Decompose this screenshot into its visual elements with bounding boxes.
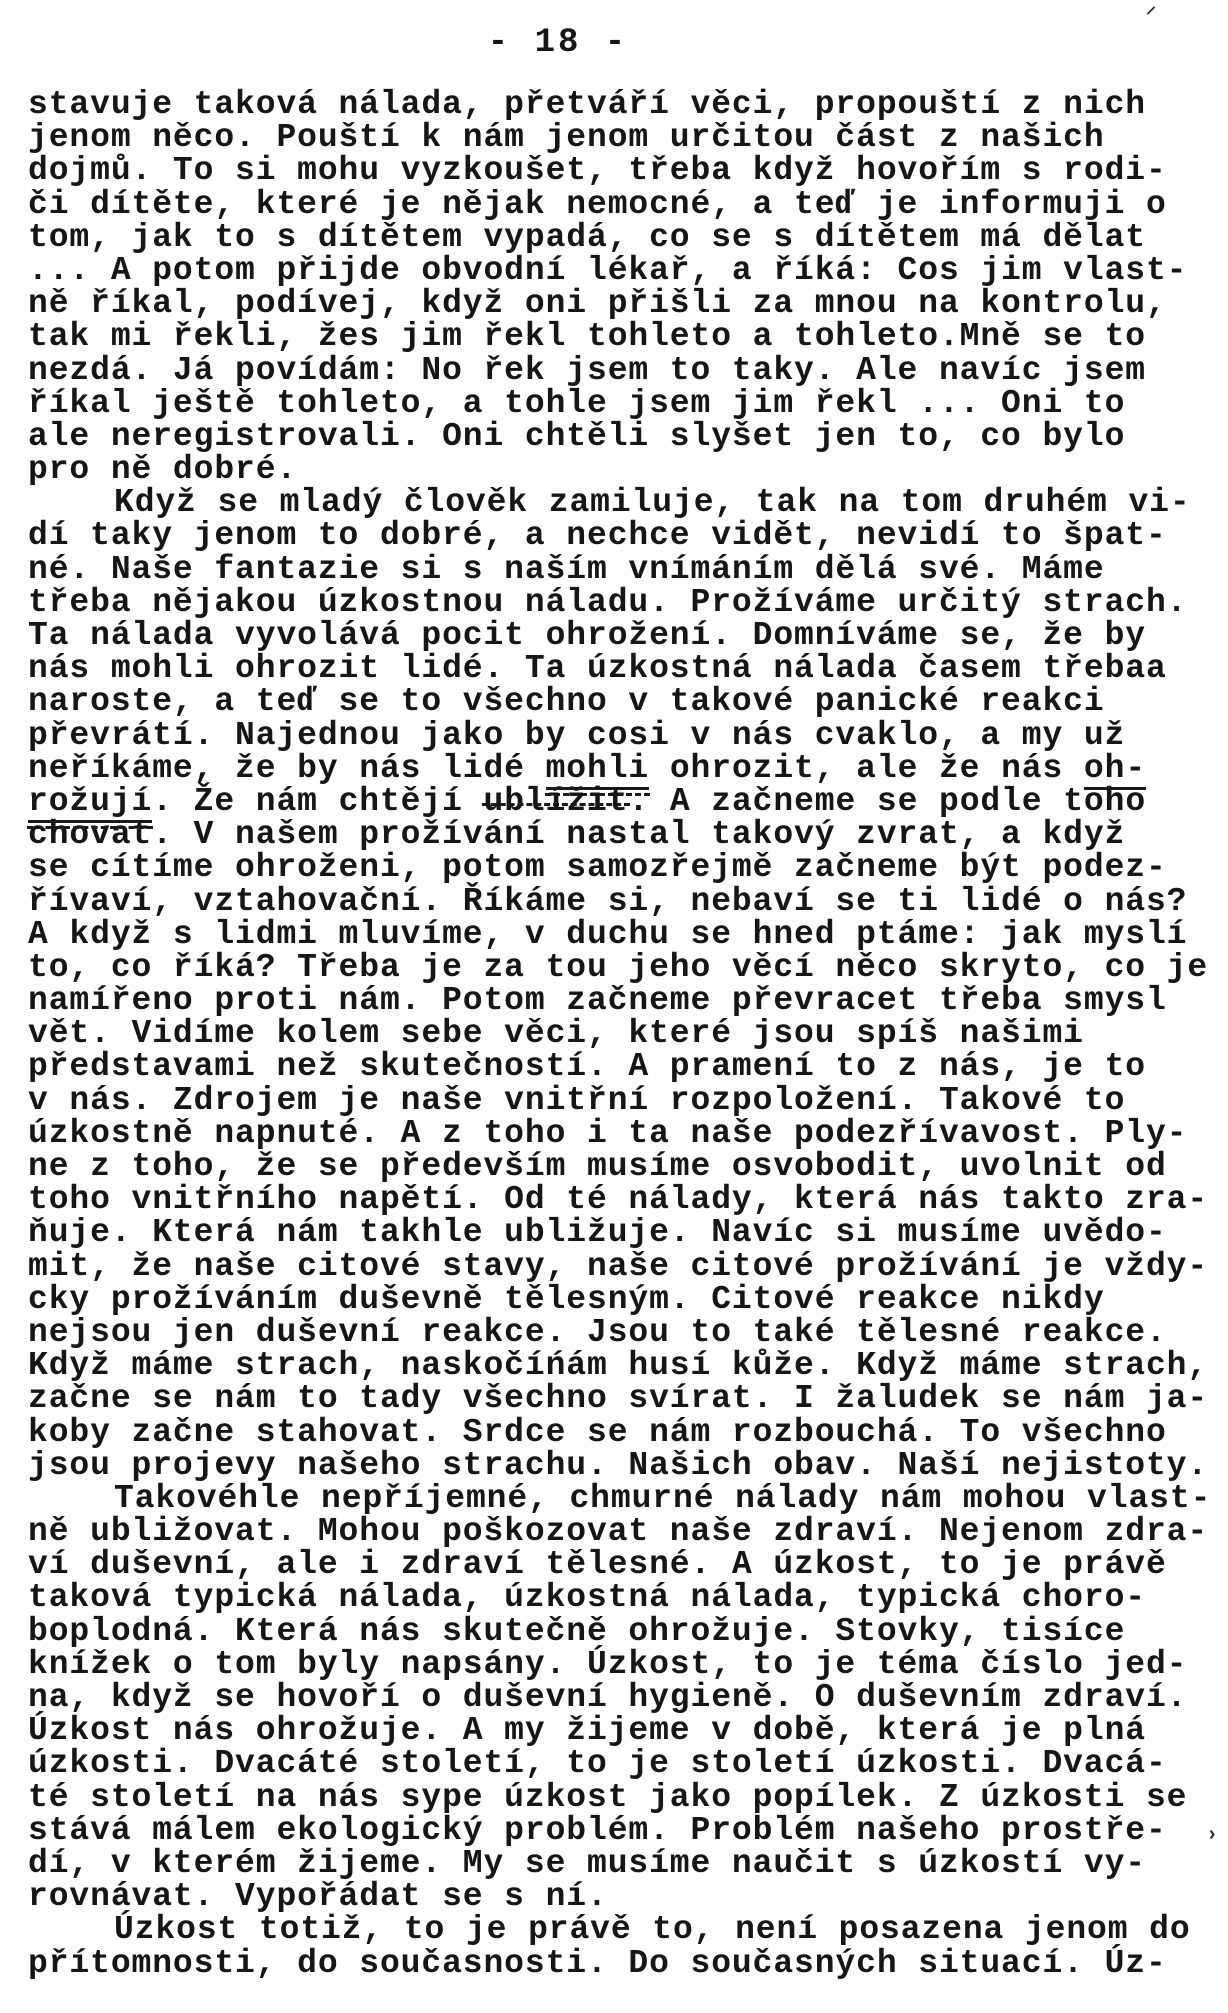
text-run: stává málem ekologický problém. Problém … — [28, 1812, 1167, 1849]
document-text: stavuje taková nálada, přetváří věci, pr… — [28, 88, 1218, 1980]
text-line: ne z toho, že se především musíme osvobo… — [28, 1150, 1218, 1183]
text-run: přítomnosti, do současnosti. Do současný… — [28, 1945, 1167, 1982]
text-line: mit, že naše citové stavy, naše citové p… — [28, 1250, 1218, 1283]
text-run: naroste, a teď se to všechno v takové pa… — [28, 683, 1105, 720]
text-line: Když se mladý člověk zamiluje, tak na to… — [28, 486, 1218, 519]
text-run: ale neregistrovali. Oni chtěli slyšet je… — [28, 418, 1125, 455]
text-run: koby začne stahovat. Srdce se nám rozbou… — [28, 1414, 1167, 1451]
text-line: ně ubližovat. Mohou poškozovat naše zdra… — [28, 1515, 1218, 1548]
struck-text: ublížit — [484, 783, 629, 820]
text-line: neříkáme, že by nás lidé mohli ohrozit, … — [28, 752, 1218, 785]
text-run: jenom něco. Pouští k nám jenom určitou č… — [28, 119, 1105, 156]
text-line: boplodná. Která nás skutečně ohrožuje. S… — [28, 1615, 1218, 1648]
document-page: - 18 - stavuje taková nálada, přetváří v… — [0, 0, 1228, 2013]
text-run: či dítěte, které je nějak nemocné, a teď… — [28, 186, 1167, 223]
text-line: stává málem ekologický problém. Problém … — [28, 1814, 1218, 1847]
text-line: tom, jak to s dítětem vypadá, co se s dí… — [28, 221, 1218, 254]
text-line: úzkostně napnuté. A z toho i ta naše pod… — [28, 1117, 1218, 1150]
text-line: převrátí. Najednou jako by cosi v nás cv… — [28, 719, 1218, 752]
text-run: ví duševní, ale i zdraví tělesné. A úzko… — [28, 1546, 1167, 1583]
text-line: Takovéhle nepříjemné, chmurné nálady nám… — [28, 1482, 1218, 1515]
text-run: A když s lidmi mluvíme, v duchu se hned … — [28, 916, 1187, 953]
text-run: Úzkost totiž, to je právě to, není posaz… — [114, 1911, 1191, 1948]
text-run: dí taky jenom to dobré, a nechce vidět, … — [28, 517, 1167, 554]
text-line: dí, v kterém žijeme. My se musíme naučit… — [28, 1847, 1218, 1880]
text-line: ... A potom přijde obvodní lékař, a říká… — [28, 254, 1218, 287]
text-run: představami než skutečností. A pramení t… — [28, 1048, 1146, 1085]
text-run: ... A potom přijde obvodní lékař, a říká… — [28, 252, 1187, 289]
text-run: boplodná. Která nás skutečně ohrožuje. S… — [28, 1613, 1125, 1650]
text-line: té století na nás sype úzkost jako popíl… — [28, 1781, 1218, 1814]
text-line: nejsou jen duševní reakce. Jsou to také … — [28, 1316, 1218, 1349]
text-run: cky prožíváním duševně tělesným. Citové … — [28, 1281, 1105, 1318]
text-run: nezdá. Já povídám: No řek jsem to taky. … — [28, 352, 1146, 389]
text-line: se cítíme ohroženi, potom samozřejmě zač… — [28, 851, 1218, 884]
text-run: začne se nám to tady všechno svírat. I ž… — [28, 1380, 1208, 1417]
text-line: říkal ještě tohleto, a tohle jsem jim ře… — [28, 387, 1218, 420]
text-line: ví duševní, ale i zdraví tělesné. A úzko… — [28, 1548, 1218, 1581]
text-line: toho vnitřního napětí. Od té nálady, kte… — [28, 1183, 1218, 1216]
text-line: jsou projevy našeho strachu. Našich obav… — [28, 1449, 1218, 1482]
text-line: rožují. Že nám chtějí ublížit. A začneme… — [28, 785, 1218, 818]
text-line: Úzkost totiž, to je právě to, není posaz… — [28, 1913, 1218, 1946]
text-line: A když s lidmi mluvíme, v duchu se hned … — [28, 918, 1218, 951]
text-line: úzkosti. Dvacáté století, to je století … — [28, 1747, 1218, 1780]
text-line: nezdá. Já povídám: No řek jsem to taky. … — [28, 354, 1218, 387]
text-run: mit, že naše citové stavy, naše citové p… — [28, 1248, 1208, 1285]
text-line: ňuje. Která nám takhle ubližuje. Navíc s… — [28, 1216, 1218, 1249]
text-run: ne z toho, že se především musíme osvobo… — [28, 1148, 1167, 1185]
text-line: začne se nám to tady všechno svírat. I ž… — [28, 1382, 1218, 1415]
text-run: ňuje. Která nám takhle ubližuje. Navíc s… — [28, 1214, 1167, 1251]
text-line: přítomnosti, do současnosti. Do současný… — [28, 1947, 1218, 1980]
text-run: pro ně dobré. — [28, 451, 297, 488]
text-run: ohrozit, ale že nás — [649, 750, 1084, 787]
text-run: knížek o tom byly napsány. Úzkost, to je… — [28, 1646, 1187, 1683]
text-line: knížek o tom byly napsány. Úzkost, to je… — [28, 1648, 1218, 1681]
text-run: stavuje taková nálada, přetváří věci, pr… — [28, 86, 1146, 123]
page-number: - 18 - — [0, 24, 1116, 62]
text-line: či dítěte, které je nějak nemocné, a teď… — [28, 188, 1218, 221]
text-line: vět. Vidíme kolem sebe věci, které jsou … — [28, 1017, 1218, 1050]
text-run: toho vnitřního napětí. Od té nálady, kte… — [28, 1181, 1208, 1218]
text-run: nás mohli ohrozit lidé. Ta úzkostná nála… — [28, 650, 1167, 687]
text-line: ale neregistrovali. Oni chtěli slyšet je… — [28, 420, 1218, 453]
text-line: dí taky jenom to dobré, a nechce vidět, … — [28, 519, 1218, 552]
text-run: nejsou jen duševní reakce. Jsou to také … — [28, 1314, 1167, 1351]
text-line: to, co říká? Třeba je za tou jeho věcí n… — [28, 951, 1218, 984]
text-run: se cítíme ohroženi, potom samozřejmě zač… — [28, 849, 1167, 886]
underlined-text: rožují — [28, 783, 152, 823]
text-run: Když máme strach, naskočíńám husí kůže. … — [28, 1347, 1208, 1384]
text-line: naroste, a teď se to všechno v takové pa… — [28, 685, 1218, 718]
text-run: třeba nějakou úzkostnou náladu. Prožívám… — [28, 584, 1187, 621]
text-line: v nás. Zdrojem je naše vnitřní rozpolože… — [28, 1084, 1218, 1117]
text-run: neříkáme, že by nás lidé — [28, 750, 546, 787]
text-run: Když se mladý člověk zamiluje, tak na to… — [114, 484, 1191, 521]
text-line: třeba nějakou úzkostnou náladu. Prožívám… — [28, 586, 1218, 619]
text-run: úzkostně napnuté. A z toho i ta naše pod… — [28, 1115, 1187, 1152]
text-run: té století na nás sype úzkost jako popíl… — [28, 1779, 1187, 1816]
text-line: na, když se hovoří o duševní hygieně. O … — [28, 1681, 1218, 1714]
text-line: né. Naše fantazie si s naším vnímáním dě… — [28, 553, 1218, 586]
text-run: to, co říká? Třeba je za tou jeho věcí n… — [28, 949, 1208, 986]
text-line: namířeno proti nám. Potom začneme převra… — [28, 984, 1218, 1017]
text-run: taková typická nálada, úzkostná nálada, … — [28, 1579, 1146, 1616]
text-line: Ta nálada vyvolává pocit ohrožení. Domní… — [28, 619, 1218, 652]
stray-scan-mark: › — [1206, 1824, 1218, 1847]
text-run: né. Naše fantazie si s naším vnímáním dě… — [28, 551, 1105, 588]
stray-scan-mark: ⸍ — [1146, 0, 1156, 28]
text-run: jsou projevy našeho strachu. Našich obav… — [28, 1447, 1208, 1484]
text-line: cky prožíváním duševně tělesným. Citové … — [28, 1283, 1218, 1316]
text-line: Když máme strach, naskočíńám husí kůže. … — [28, 1349, 1218, 1382]
text-run: Takovéhle nepříjemné, chmurné nálady nám… — [114, 1480, 1211, 1517]
text-run: Ta nálada vyvolává pocit ohrožení. Domní… — [28, 617, 1146, 654]
text-line: tak mi řekli, žes jim řekl tohleto a toh… — [28, 320, 1218, 353]
text-run: vět. Vidíme kolem sebe věci, které jsou … — [28, 1015, 1084, 1052]
text-line: řívaví, vztahovační. Říkáme si, nebaví s… — [28, 885, 1218, 918]
text-line: jenom něco. Pouští k nám jenom určitou č… — [28, 121, 1218, 154]
text-run: dí, v kterém žijeme. My se musíme naučit… — [28, 1845, 1146, 1882]
text-run: rovnávat. Vypořádat se s ní. — [28, 1878, 608, 1915]
text-run: v nás. Zdrojem je naše vnitřní rozpolože… — [28, 1082, 1125, 1119]
text-line: nás mohli ohrozit lidé. Ta úzkostná nála… — [28, 652, 1218, 685]
text-run: říkal ještě tohleto, a tohle jsem jim ře… — [28, 385, 1125, 422]
text-run: namířeno proti nám. Potom začneme převra… — [28, 982, 1167, 1019]
text-line: představami než skutečností. A pramení t… — [28, 1050, 1218, 1083]
text-line: stavuje taková nálada, přetváří věci, pr… — [28, 88, 1218, 121]
text-line: koby začne stahovat. Srdce se nám rozbou… — [28, 1416, 1218, 1449]
text-line: pro ně dobré. — [28, 453, 1218, 486]
text-run: dojmů. To si mohu vyzkoušet, třeba když … — [28, 152, 1167, 189]
text-line: Úzkost nás ohrožuje. A my žijeme v době,… — [28, 1714, 1218, 1747]
text-run: Úzkost nás ohrožuje. A my žijeme v době,… — [28, 1712, 1146, 1749]
text-run: řívaví, vztahovační. Říkáme si, nebaví s… — [28, 883, 1187, 920]
text-run: na, když se hovoří o duševní hygieně. O … — [28, 1679, 1187, 1716]
text-run: ně ubližovat. Mohou poškozovat naše zdra… — [28, 1513, 1208, 1550]
text-line: ně říkal, podívej, když oni přišli za mn… — [28, 287, 1218, 320]
text-run: tom, jak to s dítětem vypadá, co se s dí… — [28, 219, 1146, 256]
text-line: taková typická nálada, úzkostná nálada, … — [28, 1581, 1218, 1614]
text-run: úzkosti. Dvacáté století, to je století … — [28, 1745, 1167, 1782]
text-line: dojmů. To si mohu vyzkoušet, třeba když … — [28, 154, 1218, 187]
text-run: chovat. V našem prožívání nastal takový … — [28, 816, 1125, 853]
text-run: . A začneme se podle toho — [628, 783, 1146, 820]
text-run: tak mi řekli, žes jim řekl tohleto a toh… — [28, 318, 1146, 355]
text-line: rovnávat. Vypořádat se s ní. — [28, 1880, 1218, 1913]
text-run: . Že nám chtějí — [152, 783, 483, 820]
text-run: převrátí. Najednou jako by cosi v nás cv… — [28, 717, 1125, 754]
text-run: ně říkal, podívej, když oni přišli za mn… — [28, 285, 1167, 322]
text-line: chovat. V našem prožívání nastal takový … — [28, 818, 1218, 851]
